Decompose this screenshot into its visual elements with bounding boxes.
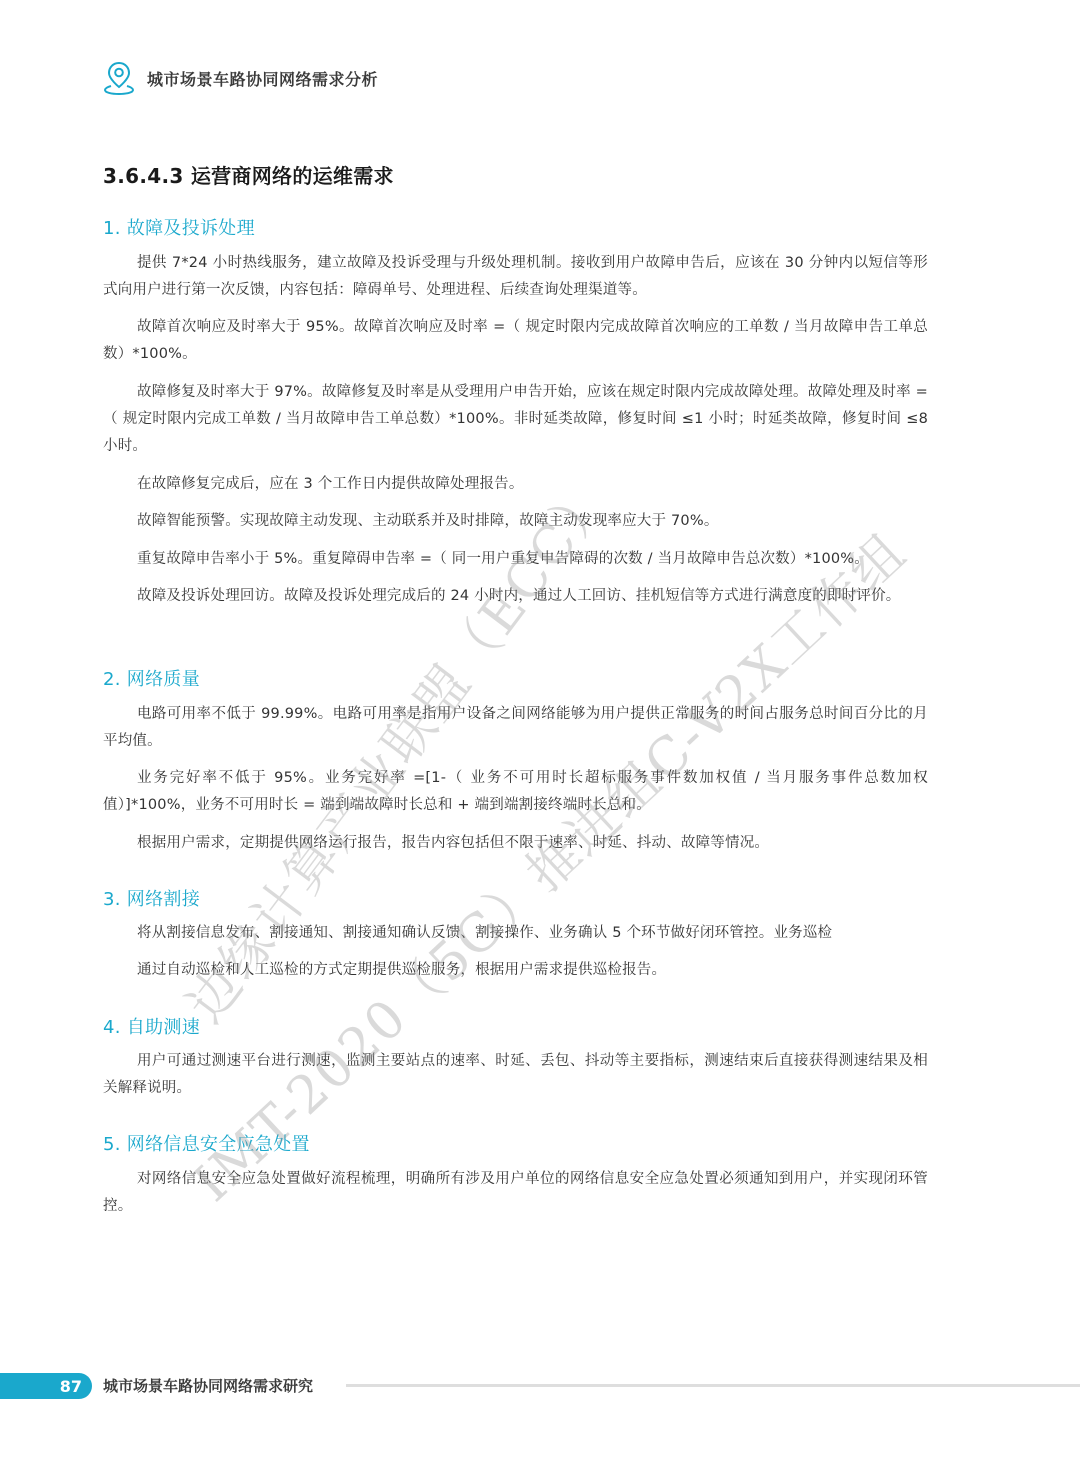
location-pin-icon [103,60,135,96]
footer-divider [346,1384,1080,1387]
paragraph: 故障修复及时率大于 97%。故障修复及时率是从受理用户申告开始，应该在规定时限内… [103,379,928,460]
paragraph: 用户可通过测速平台进行测速，监测主要站点的速率、时延、丢包、抖动等主要指标，测速… [103,1048,928,1102]
header-title: 城市场景车路协同网络需求分析 [147,67,378,90]
page-number-badge: 87 [0,1373,92,1399]
paragraph: 重复故障申告率小于 5%。重复障碍申告率 =（ 同一用户重复申告障碍的次数 / … [103,546,928,573]
paragraph: 对网络信息安全应急处置做好流程梳理，明确所有涉及用户单位的网络信息安全应急处置必… [103,1166,928,1220]
subsection-heading-4: 4. 自助测速 [103,1013,200,1039]
subsection-heading-5: 5. 网络信息安全应急处置 [103,1130,310,1156]
section-title: 3.6.4.3 运营商网络的运维需求 [103,160,394,189]
paragraph: 电路可用率不低于 99.99%。电路可用率是指用户设备之间网络能够为用户提供正常… [103,701,928,755]
paragraph: 根据用户需求，定期提供网络运行报告，报告内容包括但不限于速率、时延、抖动、故障等… [103,830,928,857]
subsection-heading-2: 2. 网络质量 [103,665,200,691]
subsection-heading-1: 1. 故障及投诉处理 [103,214,255,240]
paragraph: 提供 7*24 小时热线服务，建立故障及投诉受理与升级处理机制。接收到用户故障申… [103,250,928,304]
running-header: 城市场景车路协同网络需求分析 [103,60,378,96]
footer-title: 城市场景车路协同网络需求研究 [103,1375,313,1396]
subsection-heading-3: 3. 网络割接 [103,885,200,911]
paragraph: 将从割接信息发布、割接通知、割接通知确认反馈、割接操作、业务确认 5 个环节做好… [103,920,928,947]
paragraph: 通过自动巡检和人工巡检的方式定期提供巡检服务，根据用户需求提供巡检报告。 [103,957,928,984]
paragraph: 故障及投诉处理回访。故障及投诉处理完成后的 24 小时内，通过人工回访、挂机短信… [103,583,928,610]
paragraph: 在故障修复完成后，应在 3 个工作日内提供故障处理报告。 [103,471,928,498]
paragraph: 业务完好率不低于 95%。业务完好率 =[1-（ 业务不可用时长超标服务事件数加… [103,765,928,819]
watermark-imt2020: IMT-2020（5G）推进组C-V2X工作组 [174,513,920,1215]
paragraph: 故障首次响应及时率大于 95%。故障首次响应及时率 =（ 规定时限内完成故障首次… [103,314,928,368]
paragraph: 故障智能预警。实现故障主动发现、主动联系并及时排障，故障主动发现率应大于 70%… [103,508,928,535]
page-number: 87 [60,1377,82,1396]
